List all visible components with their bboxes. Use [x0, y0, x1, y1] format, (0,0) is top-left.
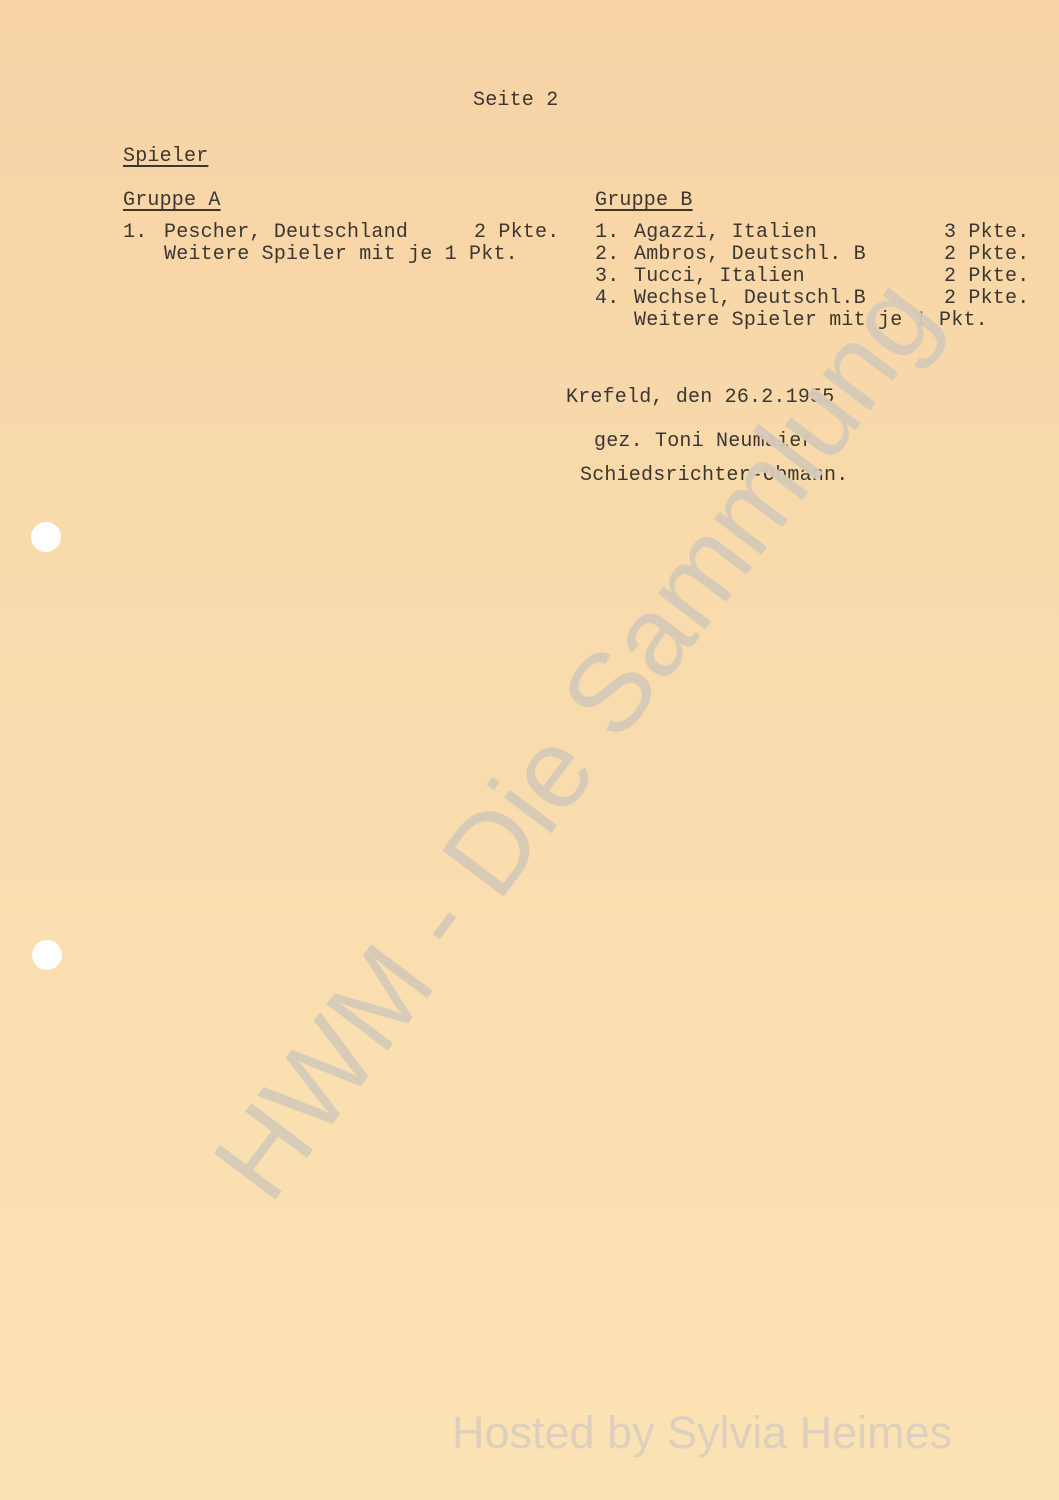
entry-rank: 2. [595, 244, 619, 266]
entry-points: 2 Pkte. [474, 222, 559, 244]
hosted-watermark: Hosted by Sylvia Heimes [452, 1407, 952, 1459]
entry-points: 2 Pkte. [944, 244, 1029, 266]
entry-name: Tucci, Italien [634, 266, 805, 288]
entry-rank: 4. [595, 288, 619, 310]
entry-rank: 1. [595, 222, 619, 244]
entry-points: 3 Pkte. [944, 222, 1029, 244]
group-a-title: Gruppe A [123, 190, 221, 212]
diagonal-watermark: HWM - Die Sammlung [188, 346, 893, 1222]
group-a-footer: Weitere Spieler mit je 1 Pkt. [164, 244, 518, 266]
punch-hole-top [31, 522, 61, 552]
entry-rank: 3. [595, 266, 619, 288]
entry-points: 2 Pkte. [944, 288, 1029, 310]
entry-points: 2 Pkte. [944, 266, 1029, 288]
punch-hole-bottom [32, 940, 62, 970]
entry-rank: 1. [123, 222, 147, 244]
group-b-title: Gruppe B [595, 190, 693, 212]
entry-name: Ambros, Deutschl. B [634, 244, 866, 266]
entry-name: Pescher, Deutschland [164, 222, 408, 244]
page-header: Seite 2 [473, 90, 558, 112]
entry-name: Agazzi, Italien [634, 222, 817, 244]
section-title: Spieler [123, 146, 208, 168]
